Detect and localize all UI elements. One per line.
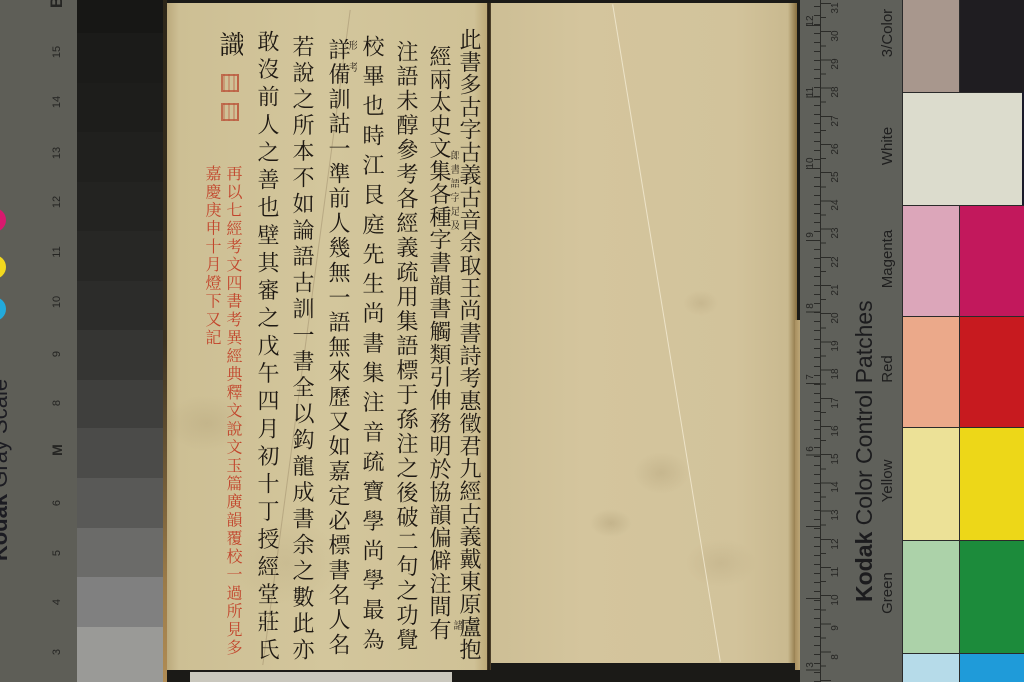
text-column-5: 詳備訓詁一準前人幾無一語無來歷又如嘉定必標書名人名 xyxy=(324,38,350,655)
gray-step xyxy=(77,528,163,578)
patch-magenta-dark xyxy=(959,205,1024,317)
right-page-blank xyxy=(491,3,797,663)
gray-step xyxy=(77,231,163,281)
inch-label: 11 xyxy=(805,82,817,102)
cm-label: 16 xyxy=(830,421,842,441)
step-label-m: M xyxy=(50,440,64,460)
patch-cyan-dark xyxy=(959,653,1024,682)
red-annotation-1: 再以七經考文四書考異經典釋文說文玉篇廣韻覆校一過所見多 xyxy=(223,165,243,655)
cm-label: 20 xyxy=(830,308,842,328)
cm-label: 12 xyxy=(830,534,842,554)
paper-beneath-book xyxy=(190,672,452,682)
color-patches-name: Color Control Patches xyxy=(851,300,877,525)
gray-step xyxy=(77,132,163,182)
text-column-3: 注語未醇參考各經義疏用集語標于孫注之後破二句之功覺 xyxy=(392,40,418,650)
inch-label: 3 xyxy=(805,655,817,675)
kodak-brand: Kodak xyxy=(0,494,12,561)
cm-label: 26 xyxy=(830,139,842,159)
cm-label: 25 xyxy=(830,167,842,187)
cm-label: 13 xyxy=(830,505,842,525)
step-label: 10 xyxy=(50,292,64,312)
patch-red-light xyxy=(902,316,960,428)
inch-label: 9 xyxy=(805,225,817,245)
gray-scale-name: Gray Scale xyxy=(0,379,12,488)
gray-step xyxy=(77,281,163,331)
cm-label: 18 xyxy=(830,364,842,384)
text-column-2: 經兩太史文集各種字書韻書觸類引伸務明於協韻偏僻注間有 xyxy=(425,45,451,640)
patch-label-yellow: Yellow xyxy=(879,441,897,521)
patch-label-white: White xyxy=(879,106,897,186)
cm-label: 19 xyxy=(830,336,842,356)
inch-label: 7 xyxy=(805,367,817,387)
inch-label: 6 xyxy=(805,439,817,459)
gray-scale-title: Kodak Gray Scale xyxy=(0,370,12,570)
gray-step xyxy=(77,182,163,232)
yellow-dot xyxy=(0,255,6,279)
cm-label: 8 xyxy=(830,647,842,667)
step-label-b: B xyxy=(50,0,64,12)
patch-3color-dark xyxy=(959,0,1024,93)
step-label: 4 xyxy=(50,592,64,612)
patch-cyan-light xyxy=(902,653,960,682)
cm-label: 15 xyxy=(830,449,842,469)
step-label: 8 xyxy=(50,393,64,413)
patch-label-green: Green xyxy=(879,553,897,633)
cm-label: 31 xyxy=(830,0,842,18)
signature-character: 識 xyxy=(217,28,243,60)
inch-ruler-major-ticks xyxy=(806,0,820,682)
cm-label: 29 xyxy=(830,54,842,74)
gray-scale-steps xyxy=(77,0,163,682)
step-label: 5 xyxy=(50,543,64,563)
interlinear-note: 諸 xyxy=(450,620,462,634)
cm-label: 30 xyxy=(830,26,842,46)
step-label: 13 xyxy=(50,143,64,163)
patch-yellow-dark xyxy=(959,427,1024,541)
step-label: 15 xyxy=(50,42,64,62)
cm-label: 28 xyxy=(830,82,842,102)
patch-magenta-light xyxy=(902,205,960,317)
text-column-4: 校畢也時江艮庭先生尚書集注音疏寶學尚學最為 xyxy=(358,35,384,650)
cyan-dot xyxy=(0,297,6,321)
patch-green-dark xyxy=(959,540,1024,654)
cm-label: 23 xyxy=(830,223,842,243)
patch-green-light xyxy=(902,540,960,654)
gray-step xyxy=(77,627,163,682)
step-label: 3 xyxy=(50,642,64,662)
gray-step xyxy=(77,0,163,34)
gray-step xyxy=(77,330,163,380)
patch-label-magenta: Magenta xyxy=(879,219,897,299)
text-column-1: 此書多古字古義古音余取王尚書詩考惠徵君九經古義戴東原盧抱 xyxy=(455,28,481,660)
cm-label: 11 xyxy=(830,562,842,582)
red-seal-1 xyxy=(221,74,239,92)
step-label: 12 xyxy=(50,192,64,212)
cm-label: 21 xyxy=(830,280,842,300)
cm-label: 10 xyxy=(830,590,842,610)
magenta-dot xyxy=(0,208,6,232)
inch-label: 12 xyxy=(805,11,817,31)
text-column-6: 若說之所本不如論語古訓一書全以鈎龍成書余之數此亦 xyxy=(288,35,314,660)
step-label: 11 xyxy=(50,242,64,262)
kodak-brand: Kodak xyxy=(851,532,877,602)
gray-step xyxy=(77,380,163,430)
inch-label: 8 xyxy=(805,296,817,316)
gray-step xyxy=(77,577,163,627)
page-crease xyxy=(612,4,721,661)
cm-label: 17 xyxy=(830,393,842,413)
patch-3color-light xyxy=(902,0,960,93)
gray-step xyxy=(77,428,163,478)
color-patches-title: Kodak Color Control Patches xyxy=(850,302,878,602)
cm-label: 9 xyxy=(830,618,842,638)
red-seal-2 xyxy=(221,103,239,121)
step-label: 14 xyxy=(50,92,64,112)
interlinear-note: 郎書語字足及 xyxy=(447,150,459,230)
cm-label: 27 xyxy=(830,111,842,131)
cm-label: 14 xyxy=(830,477,842,497)
gray-scale-card: Kodak Gray Scale B 15 14 13 12 11 10 9 8… xyxy=(0,0,77,682)
text-column-7: 敢沒前人之善也壁其審之戊午四月初十丁授經堂莊氏 xyxy=(253,30,279,660)
cm-label: 24 xyxy=(830,195,842,215)
patch-yellow-light xyxy=(902,427,960,541)
patch-label-red: Red xyxy=(879,329,897,409)
gray-step xyxy=(77,33,163,83)
red-annotation-2: 嘉慶庚申十月燈下又記 xyxy=(202,165,222,345)
inch-label: 10 xyxy=(805,153,817,173)
interlinear-note: 形考 xyxy=(345,40,357,72)
gray-step xyxy=(77,478,163,528)
patch-white xyxy=(902,92,1023,206)
patch-red-dark xyxy=(959,316,1024,428)
step-label: 9 xyxy=(50,344,64,364)
step-label: 6 xyxy=(50,493,64,513)
gray-step xyxy=(77,83,163,133)
patch-label-3color: 3/Color xyxy=(879,0,897,73)
cm-label: 22 xyxy=(830,252,842,272)
